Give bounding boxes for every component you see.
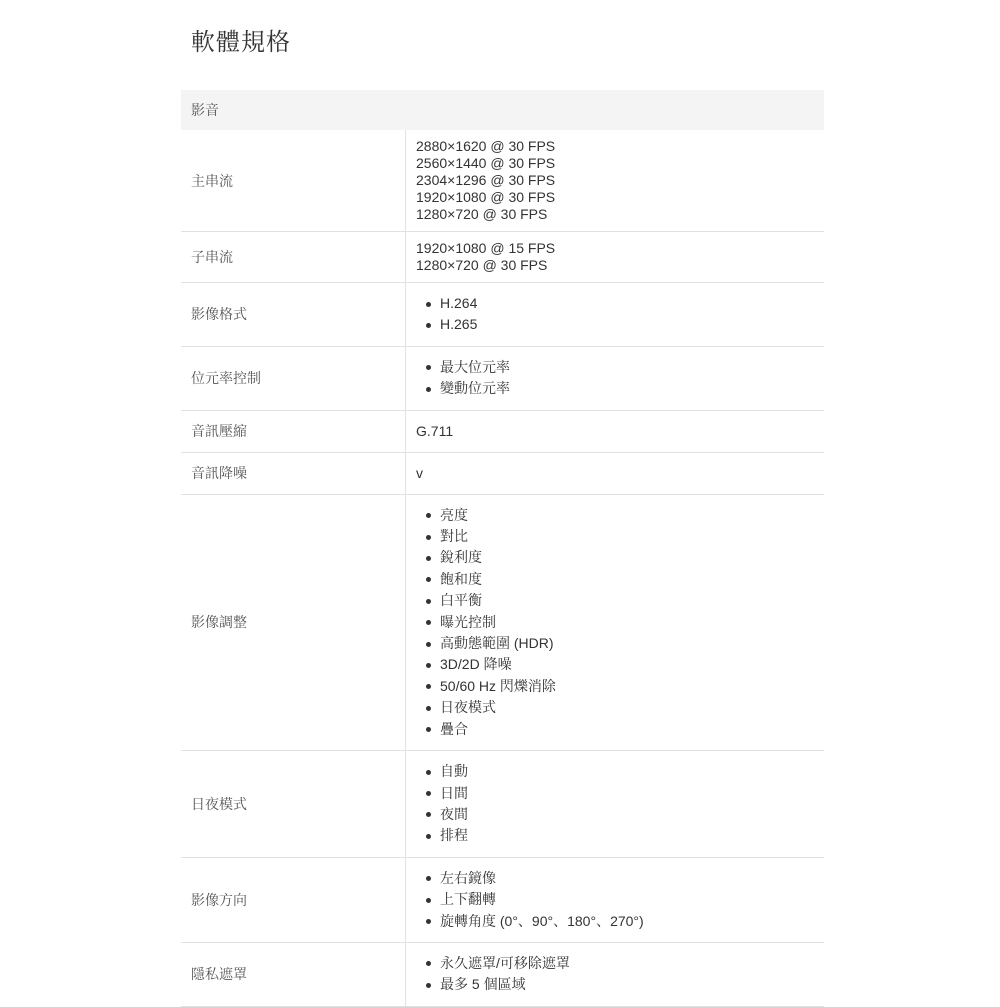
- bullet-item: 高動態範圍 (HDR): [416, 633, 814, 654]
- spec-value: 1920×1080 @ 15 FPS1280×720 @ 30 FPS: [406, 232, 825, 283]
- bullet-item: H.264: [416, 293, 814, 314]
- bullet-item: 最大位元率: [416, 357, 814, 378]
- value-line: 2880×1620 @ 30 FPS: [416, 138, 814, 155]
- value-lines: 2880×1620 @ 30 FPS2560×1440 @ 30 FPS2304…: [416, 130, 814, 231]
- bullet-item: H.265: [416, 314, 814, 335]
- spec-label: 隱私遮罩: [181, 942, 406, 1000]
- bullet-list: 最大位元率變動位元率: [416, 347, 814, 410]
- bullet-item: 50/60 Hz 閃爍消除: [416, 676, 814, 697]
- value-line: 1280×720 @ 30 FPS: [416, 257, 814, 274]
- value-line: 1920×1080 @ 30 FPS: [416, 189, 814, 206]
- spec-row: 主串流2880×1620 @ 30 FPS2560×1440 @ 30 FPS2…: [181, 130, 824, 232]
- spec-value: v: [406, 452, 825, 494]
- spec-label: 影像調整: [181, 494, 406, 750]
- spec-value: 亮度對比銳利度飽和度白平衡曝光控制高動態範圍 (HDR)3D/2D 降噪50/6…: [406, 494, 825, 750]
- value-line: 1920×1080 @ 15 FPS: [416, 240, 814, 257]
- bullet-item: 左右鏡像: [416, 868, 814, 889]
- value-text: v: [416, 453, 814, 494]
- bullet-item: 3D/2D 降噪: [416, 654, 814, 675]
- spec-row: 日夜模式自動日間夜間排程: [181, 751, 824, 858]
- spec-row: 音訊降噪v: [181, 452, 824, 494]
- spec-value: 最大位元率變動位元率: [406, 346, 825, 410]
- value-lines: 1920×1080 @ 15 FPS1280×720 @ 30 FPS: [416, 232, 814, 282]
- bullet-item: 銳利度: [416, 547, 814, 568]
- value-line: 1280×720 @ 30 FPS: [416, 206, 814, 223]
- bullet-item: 日間: [416, 783, 814, 804]
- bullet-item: 飽和度: [416, 569, 814, 590]
- bullet-item: 白平衡: [416, 590, 814, 611]
- bullet-item: 變動位元率: [416, 378, 814, 399]
- bullet-item: 對比: [416, 526, 814, 547]
- bullet-list: 自動日間夜間排程: [416, 751, 814, 857]
- bullet-list: 亮度對比銳利度飽和度白平衡曝光控制高動態範圍 (HDR)3D/2D 降噪50/6…: [416, 495, 814, 750]
- spec-label: 音訊壓縮: [181, 410, 406, 452]
- bullet-item: 旋轉角度 (0°、90°、180°、270°): [416, 911, 814, 932]
- bullet-item: 疊合: [416, 719, 814, 740]
- section-title: 影音: [181, 90, 824, 130]
- bullet-item: 亮度: [416, 505, 814, 526]
- spec-value: 永久遮罩/可移除遮罩最多 5 個區域: [406, 942, 825, 1000]
- spec-value: 左右鏡像上下翻轉旋轉角度 (0°、90°、180°、270°): [406, 857, 825, 942]
- spec-row: 隱私遮罩永久遮罩/可移除遮罩最多 5 個區域: [181, 942, 824, 1000]
- spec-value: H.264H.265: [406, 283, 825, 347]
- spec-table: 影音 主串流2880×1620 @ 30 FPS2560×1440 @ 30 F…: [181, 90, 824, 1000]
- bullet-item: 上下翻轉: [416, 889, 814, 910]
- spec-row: 位元率控制最大位元率變動位元率: [181, 346, 824, 410]
- spec-value: 2880×1620 @ 30 FPS2560×1440 @ 30 FPS2304…: [406, 130, 825, 232]
- spec-label: 日夜模式: [181, 751, 406, 858]
- bullet-item: 曝光控制: [416, 612, 814, 633]
- spec-label: 影像格式: [181, 283, 406, 347]
- value-text: G.711: [416, 411, 814, 452]
- spec-row: 影像方向左右鏡像上下翻轉旋轉角度 (0°、90°、180°、270°): [181, 857, 824, 942]
- spec-label: 影像方向: [181, 857, 406, 942]
- bullet-item: 自動: [416, 761, 814, 782]
- bullet-item: 日夜模式: [416, 697, 814, 718]
- bullet-list: 左右鏡像上下翻轉旋轉角度 (0°、90°、180°、270°): [416, 858, 814, 942]
- spec-label: 位元率控制: [181, 346, 406, 410]
- spec-label: 主串流: [181, 130, 406, 232]
- spec-label: 音訊降噪: [181, 452, 406, 494]
- spec-row: 影像調整亮度對比銳利度飽和度白平衡曝光控制高動態範圍 (HDR)3D/2D 降噪…: [181, 494, 824, 750]
- spec-label: 子串流: [181, 232, 406, 283]
- spec-row: 音訊壓縮G.711: [181, 410, 824, 452]
- bullet-item: 夜間: [416, 804, 814, 825]
- spec-value: 自動日間夜間排程: [406, 751, 825, 858]
- bullet-item: 排程: [416, 825, 814, 846]
- bullet-list: 永久遮罩/可移除遮罩最多 5 個區域: [416, 943, 814, 1000]
- value-line: 2560×1440 @ 30 FPS: [416, 155, 814, 172]
- value-line: 2304×1296 @ 30 FPS: [416, 172, 814, 189]
- spec-row: 影像格式H.264H.265: [181, 283, 824, 347]
- bullet-item: 最多 5 個區域: [416, 974, 814, 995]
- section-header-row: 影音: [181, 90, 824, 130]
- spec-value: G.711: [406, 410, 825, 452]
- spec-row: 子串流1920×1080 @ 15 FPS1280×720 @ 30 FPS: [181, 232, 824, 283]
- bullet-list: H.264H.265: [416, 283, 814, 346]
- page-title: 軟體規格: [191, 22, 291, 57]
- bullet-item: 永久遮罩/可移除遮罩: [416, 953, 814, 974]
